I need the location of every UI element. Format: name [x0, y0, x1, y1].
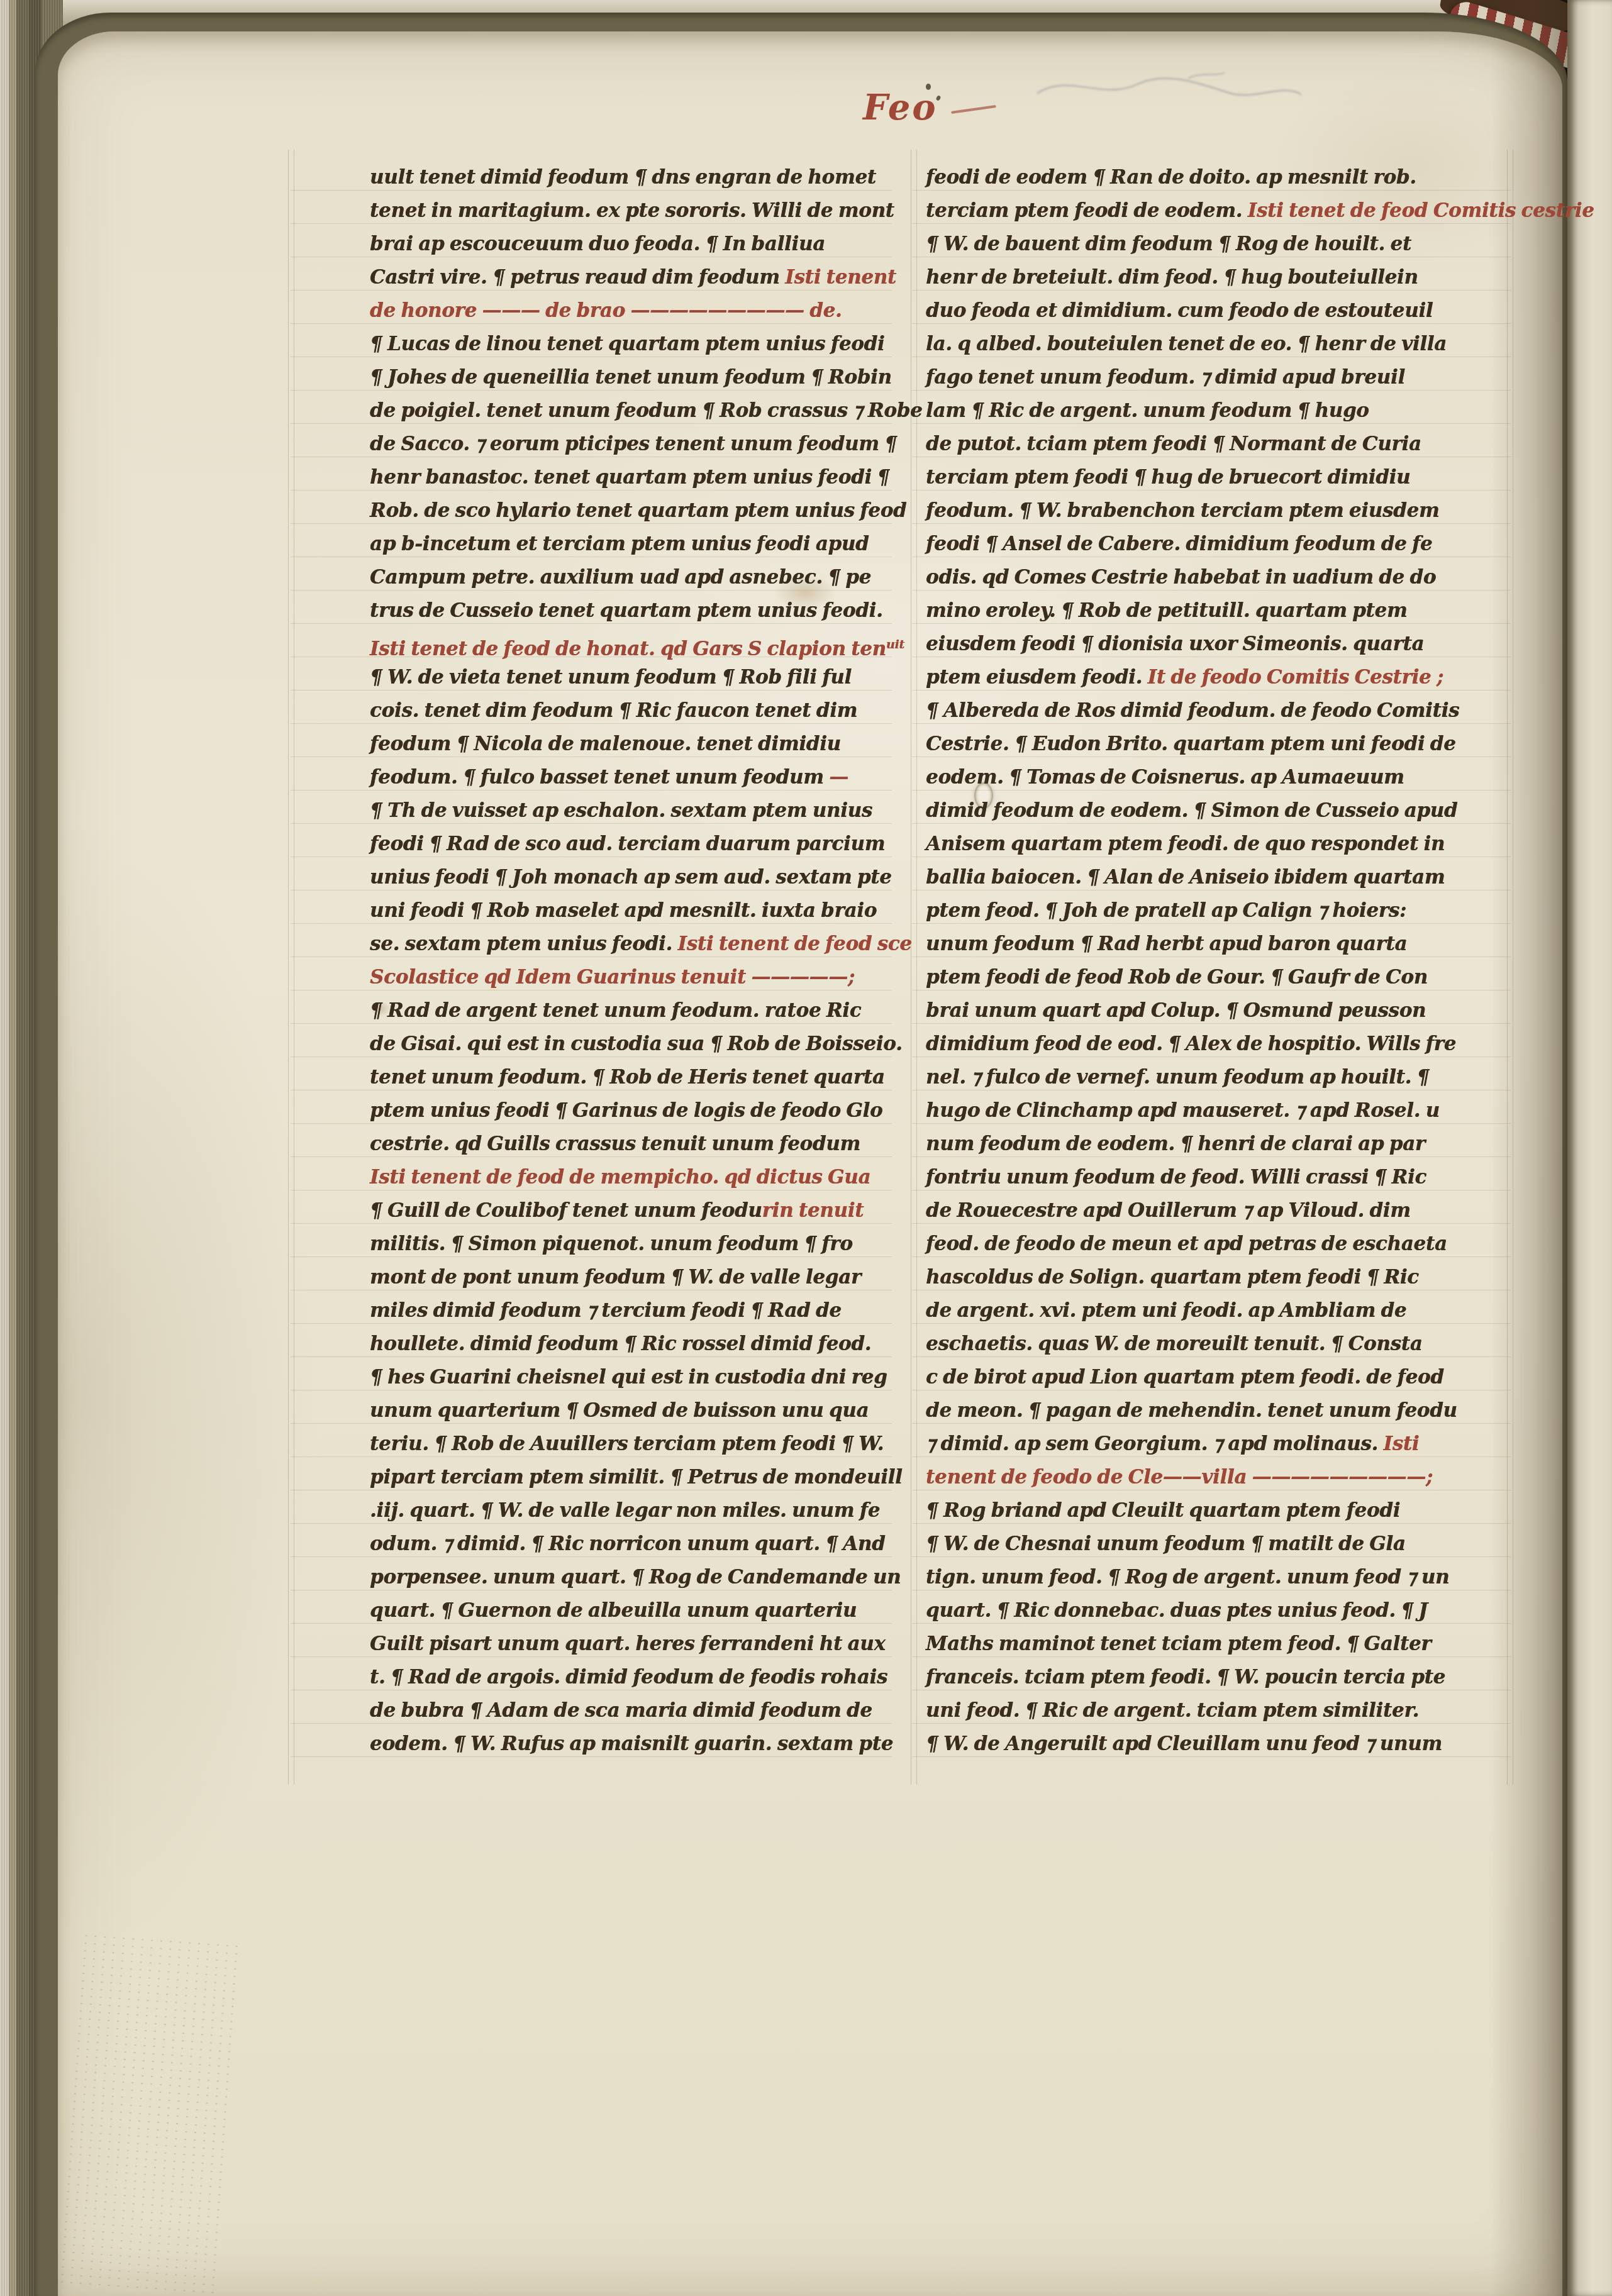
text-run: ptem feodi de feod Rob de Gour. ¶ Gaufr … [926, 966, 1428, 989]
parchment-speckles [57, 1932, 245, 2295]
text-line: fontriu unum feodum de feod. Willi crass… [926, 1161, 1511, 1194]
text-line: de Gisai. qui est in custodia sua ¶ Rob … [370, 1028, 891, 1061]
text-run: cois. tenet dim feodum ¶ Ric faucon tene… [370, 699, 857, 722]
text-line: duo feoda et dimidium. cum feodo de esto… [926, 294, 1511, 328]
text-line: hugo de Clinchamp apd mauseret. ⁊ apd Ro… [926, 1094, 1511, 1128]
text-line: t. ¶ Rad de argois. dimid feodum de feod… [370, 1661, 891, 1694]
text-line: num feodum de eodem. ¶ henri de clarai a… [926, 1128, 1511, 1161]
text-run: de putot. tciam ptem feodi ¶ Normant de … [926, 433, 1421, 455]
text-run: lam ¶ Ric de argent. unum feodum ¶ hugo [926, 399, 1369, 422]
text-run: brai ap escouceuum duo feoda. ¶ In balli… [370, 233, 825, 255]
text-run: ¶ Rog briand apd Cleuilt quartam ptem fe… [926, 1499, 1400, 1522]
text-run: ¶ W. de bauent dim feodum ¶ Rog de houil… [926, 233, 1411, 255]
text-line: cois. tenet dim feodum ¶ Ric faucon tene… [370, 694, 891, 728]
text-line: ⁊ dimid. ap sem Georgium. ⁊ apd molinaus… [926, 1428, 1511, 1461]
text-run: dimid feodum de eodem. ¶ Simon de Cussei… [926, 799, 1457, 822]
text-run: ¶ Rad de argent tenet unum feodum. ratoe… [370, 999, 861, 1022]
text-run: ¶ W. de vieta tenet unum feodum ¶ Rob fi… [370, 666, 852, 689]
text-run: ¶ W. de Angeruilt apd Cleuillam unu feod… [926, 1733, 1442, 1755]
text-line: brai ap escouceuum duo feoda. ¶ In balli… [370, 228, 891, 261]
text-line: ap b-incetum et terciam ptem unius feodi… [370, 528, 891, 561]
text-line: tenet unum feodum. ¶ Rob de Heris tenet … [370, 1061, 891, 1094]
text-run: uni feodi ¶ Rob maselet apd mesnilt. iux… [370, 899, 877, 922]
text-line: fago tenet unum feodum. ⁊ dimid apud bre… [926, 361, 1511, 394]
text-run: Campum petre. auxilium uad apd asnebec. … [370, 566, 871, 589]
text-line: ptem feod. ¶ Joh de pratell ap Calign ⁊ … [926, 894, 1511, 928]
text-run: ¶ Lucas de linou tenet quartam ptem uniu… [370, 333, 884, 355]
text-run: ¶ Th de vuisset ap eschalon. sextam ptem… [370, 799, 872, 822]
text-run: Rob. de sco hylario tenet quartam ptem u… [370, 499, 906, 522]
text-run: Maths maminot tenet tciam ptem feod. ¶ G… [926, 1633, 1431, 1655]
text-run: unius feodi ¶ Joh monach ap sem aud. sex… [370, 866, 892, 889]
text-run: Isti tenent [785, 266, 896, 289]
text-run: terciam ptem feodi de eodem. [926, 199, 1248, 222]
text-line: ¶ Albereda de Ros dimid feodum. de feodo… [926, 694, 1511, 728]
text-run: Isti tenet de feod Comitis cestrie [1248, 199, 1594, 222]
text-line: eiusdem feodi ¶ dionisia uxor Simeonis. … [926, 628, 1511, 661]
text-run: t. ¶ Rad de argois. dimid feodum de feod… [370, 1666, 887, 1689]
text-line: ¶ W. de vieta tenet unum feodum ¶ Rob fi… [370, 661, 891, 694]
text-line: ¶ Lucas de linou tenet quartam ptem uniu… [370, 328, 891, 361]
text-line: se. sextam ptem unius feodi. Isti tenent… [370, 928, 891, 961]
text-run: uit [886, 637, 904, 652]
text-line: feodum ¶ Nicola de malenoue. tenet dimid… [370, 728, 891, 761]
text-line: unum feodum ¶ Rad herbt apud baron quart… [926, 928, 1511, 961]
text-run: quart. ¶ Ric donnebac. duas ptes unius f… [926, 1599, 1428, 1622]
text-line: Anisem quartam ptem feodi. de quo respon… [926, 828, 1511, 861]
text-line: tenet in maritagium. ex pte sororis. Wil… [370, 194, 891, 228]
text-run: ap b-incetum et terciam ptem unius feodi… [370, 533, 869, 555]
text-run: Isti tenet de feod de honat. qd Gars S c… [370, 638, 886, 660]
text-line: eschaetis. quas W. de moreuilt tenuit. ¶… [926, 1328, 1511, 1361]
text-line: feod. de feodo de meun et apd petras de … [926, 1228, 1511, 1261]
text-line: quart. ¶ Guernon de albeuilla unum quart… [370, 1594, 891, 1628]
text-run: eodem. ¶ W. Rufus ap maisnilt guarin. se… [370, 1733, 893, 1755]
facing-page-edge [1567, 0, 1612, 2296]
text-line: de argent. xvi. ptem uni feodi. ap Ambli… [926, 1294, 1511, 1328]
text-run: la. q albed. bouteiulen tenet de eo. ¶ h… [926, 333, 1447, 355]
text-run: hascoldus de Solign. quartam ptem feodi … [926, 1266, 1419, 1289]
text-line: .iij. quart. ¶ W. de valle legar non mil… [370, 1494, 891, 1528]
text-line: ¶ hes Guarini cheisnel qui est in custod… [370, 1361, 891, 1394]
text-line: nel. ⁊ fulco de vernef. unum feodum ap h… [926, 1061, 1511, 1094]
text-run: ⁊ dimid. ap sem Georgium. ⁊ apd molinaus… [926, 1433, 1383, 1455]
text-line: feodum. ¶ W. brabenchon terciam ptem eiu… [926, 494, 1511, 528]
text-run: feodum. ¶ fulco basset tenet unum feodum [370, 766, 829, 789]
text-line: terciam ptem feodi ¶ hug de bruecort dim… [926, 461, 1511, 494]
text-line: lam ¶ Ric de argent. unum feodum ¶ hugo [926, 394, 1511, 428]
text-line: henr banastoc. tenet quartam ptem unius … [370, 461, 891, 494]
text-line: ptem eiusdem feodi. It de feodo Comitis … [926, 661, 1511, 694]
text-run: feodi ¶ Rad de sco aud. terciam duarum p… [370, 833, 885, 855]
text-run: de Sacco. ⁊ eorum pticipes tenent unum f… [370, 433, 897, 455]
text-run: fontriu unum feodum de feod. Willi crass… [926, 1166, 1426, 1189]
text-run: feod. de feodo de meun et apd petras de … [926, 1233, 1447, 1255]
folio-heading: Feo [863, 87, 938, 128]
text-line: odum. ⁊ dimid. ¶ Ric norricon unum quart… [370, 1528, 891, 1561]
text-line: de bubra ¶ Adam de sca maria dimid feodu… [370, 1694, 891, 1728]
text-line: uult tenet dimid feodum ¶ dns engran de … [370, 161, 891, 194]
text-run: c de birot apud Lion quartam ptem feodi.… [926, 1366, 1444, 1389]
text-line: Cestrie. ¶ Eudon Brito. quartam ptem uni… [926, 728, 1511, 761]
text-line: de poigiel. tenet unum feodum ¶ Rob cras… [370, 394, 891, 428]
text-run: Isti tenent de feod de mempicho. qd dict… [370, 1166, 870, 1189]
text-run: nel. ⁊ fulco de vernef. unum feodum ap h… [926, 1066, 1429, 1089]
text-run: ¶ W. de Chesnai unum feodum ¶ matilt de … [926, 1533, 1406, 1555]
text-line: Isti tenet de feod de honat. qd Gars S c… [370, 628, 891, 661]
text-run: unum quarterium ¶ Osmed de buisson unu q… [370, 1399, 869, 1422]
text-run: houllete. dimid feodum ¶ Ric rossel dimi… [370, 1333, 871, 1355]
text-line: feodi ¶ Rad de sco aud. terciam duarum p… [370, 828, 891, 861]
text-line: Campum petre. auxilium uad apd asnebec. … [370, 561, 891, 594]
manuscript-photo-scene: Feo uult tenet dimid feodum ¶ dns engran… [0, 0, 1612, 2296]
text-run: hugo de Clinchamp apd mauseret. ⁊ apd Ro… [926, 1099, 1440, 1122]
text-line: trus de Cusseio tenet quartam ptem unius… [370, 594, 891, 628]
text-run: trus de Cusseio tenet quartam ptem unius… [370, 599, 883, 622]
text-line: teriu. ¶ Rob de Auuillers terciam ptem f… [370, 1428, 891, 1461]
text-run: ¶ Johes de queneillia tenet unum feodum … [370, 366, 892, 389]
text-line: militis. ¶ Simon piquenot. unum feodum ¶… [370, 1228, 891, 1261]
text-line: de honore ——— de brao ————————— de. [370, 294, 891, 328]
text-line: Rob. de sco hylario tenet quartam ptem u… [370, 494, 891, 528]
text-run: de poigiel. tenet unum feodum ¶ Rob cras… [370, 399, 922, 422]
text-line: henr de breteiult. dim feod. ¶ hug boute… [926, 261, 1511, 294]
text-run: ptem feod. ¶ Joh de pratell ap Calign ⁊ … [926, 899, 1406, 922]
text-run: rin tenuit [762, 1199, 864, 1222]
text-run: ¶ Guill de Coulibof tenet unum feodu [370, 1199, 762, 1222]
text-run: Cestrie. ¶ Eudon Brito. quartam ptem uni… [926, 733, 1456, 755]
text-run: Isti tenent de feod sce [677, 933, 911, 955]
text-line: houllete. dimid feodum ¶ Ric rossel dimi… [370, 1328, 891, 1361]
text-run: de Rouecestre apd Ouillerum ⁊ ap Viloud.… [926, 1199, 1411, 1222]
text-run: fago tenet unum feodum. ⁊ dimid apud bre… [926, 366, 1405, 389]
text-run: Castri vire. ¶ petrus reaud dim feodum [370, 266, 785, 289]
text-run: se. sextam ptem unius feodi. [370, 933, 677, 955]
text-run: cestrie. qd Guills crassus tenuit unum f… [370, 1133, 860, 1155]
text-line: de putot. tciam ptem feodi ¶ Normant de … [926, 428, 1511, 461]
text-run: mont de pont unum feodum ¶ W. de valle l… [370, 1266, 861, 1289]
text-run: henr banastoc. tenet quartam ptem unius … [370, 466, 889, 489]
text-run: ptem eiusdem feodi. [926, 666, 1148, 689]
text-run: It de feodo Comitis Cestrie ; [1148, 666, 1444, 689]
text-run: de Gisai. qui est in custodia sua ¶ Rob … [370, 1033, 903, 1055]
text-run: terciam ptem feodi ¶ hug de bruecort dim… [926, 466, 1410, 489]
text-run: quart. ¶ Guernon de albeuilla unum quart… [370, 1599, 857, 1622]
text-run: de honore ——— de brao ————————— de. [370, 299, 842, 322]
text-line: franceis. tciam ptem feodi. ¶ W. poucin … [926, 1661, 1511, 1694]
text-line: quart. ¶ Ric donnebac. duas ptes unius f… [926, 1594, 1511, 1628]
text-run: porpensee. unum quart. ¶ Rog de Candeman… [370, 1566, 901, 1589]
text-line: ¶ W. de Chesnai unum feodum ¶ matilt de … [926, 1528, 1511, 1561]
text-run: feodum. ¶ W. brabenchon terciam ptem eiu… [926, 499, 1439, 522]
text-line: feodi ¶ Ansel de Cabere. dimidium feodum… [926, 528, 1511, 561]
text-run: henr de breteiult. dim feod. ¶ hug boute… [926, 266, 1418, 289]
text-line: ¶ Th de vuisset ap eschalon. sextam ptem… [370, 794, 891, 828]
text-line: unius feodi ¶ Joh monach ap sem aud. sex… [370, 861, 891, 894]
text-run: uni feod. ¶ Ric de argent. tciam ptem si… [926, 1699, 1419, 1722]
text-run: uult tenet dimid feodum ¶ dns engran de … [370, 166, 876, 189]
text-run: odis. qd Comes Cestrie habebat in uadium… [926, 566, 1436, 589]
text-line: hascoldus de Solign. quartam ptem feodi … [926, 1261, 1511, 1294]
text-line: tenent de feodo de Cle——villa —————————; [926, 1461, 1511, 1494]
text-line: ¶ W. de Angeruilt apd Cleuillam unu feod… [926, 1728, 1511, 1761]
text-line: ¶ Rog briand apd Cleuilt quartam ptem fe… [926, 1494, 1511, 1528]
text-run: ptem unius feodi ¶ Garinus de logis de f… [370, 1099, 882, 1122]
text-run: ¶ Albereda de Ros dimid feodum. de feodo… [926, 699, 1459, 722]
text-line: eodem. ¶ Tomas de Coisnerus. ap Aumaeuum [926, 761, 1511, 794]
text-line: pipart terciam ptem similit. ¶ Petrus de… [370, 1461, 891, 1494]
text-line: de Sacco. ⁊ eorum pticipes tenent unum f… [370, 428, 891, 461]
text-run: feodum ¶ Nicola de malenoue. tenet dimid… [370, 733, 841, 755]
text-run: dimidium feod de eod. ¶ Alex de hospitio… [926, 1033, 1456, 1055]
text-run: unum feodum ¶ Rad herbt apud baron quart… [926, 933, 1407, 955]
text-line: Isti tenent de feod de mempicho. qd dict… [370, 1161, 891, 1194]
text-run: tenet in maritagium. ex pte sororis. Wil… [370, 199, 894, 222]
text-line: feodi de eodem ¶ Ran de doito. ap mesnil… [926, 161, 1511, 194]
text-line: ¶ Guill de Coulibof tenet unum feodurin … [370, 1194, 891, 1228]
text-line: porpensee. unum quart. ¶ Rog de Candeman… [370, 1561, 891, 1594]
text-run: ¶ hes Guarini cheisnel qui est in custod… [370, 1366, 887, 1389]
text-run: eiusdem feodi ¶ dionisia uxor Simeonis. … [926, 633, 1424, 655]
text-line: de meon. ¶ pagan de mehendin. tenet unum… [926, 1394, 1511, 1428]
text-run: militis. ¶ Simon piquenot. unum feodum ¶… [370, 1233, 853, 1255]
text-run: tenent de feodo de Cle——villa —————————; [926, 1466, 1433, 1489]
text-line: uni feodi ¶ Rob maselet apd mesnilt. iux… [370, 894, 891, 928]
text-run: Anisem quartam ptem feodi. de quo respon… [926, 833, 1445, 855]
text-line: ¶ Johes de queneillia tenet unum feodum … [370, 361, 891, 394]
text-column-right: feodi de eodem ¶ Ran de doito. ap mesnil… [926, 161, 1511, 1761]
text-line: mino eroley. ¶ Rob de petituill. quartam… [926, 594, 1511, 628]
text-line: dimid feodum de eodem. ¶ Simon de Cussei… [926, 794, 1511, 828]
text-column-left: uult tenet dimid feodum ¶ dns engran de … [370, 161, 891, 1761]
text-run: franceis. tciam ptem feodi. ¶ W. poucin … [926, 1666, 1445, 1689]
text-run: Guilt pisart unum quart. heres ferranden… [370, 1633, 886, 1655]
text-line: de Rouecestre apd Ouillerum ⁊ ap Viloud.… [926, 1194, 1511, 1228]
text-run: brai unum quart apd Colup. ¶ Osmund peus… [926, 999, 1426, 1022]
text-line: ptem unius feodi ¶ Garinus de logis de f… [370, 1094, 891, 1128]
text-run: tenet unum feodum. ¶ Rob de Heris tenet … [370, 1066, 885, 1089]
text-run: ballia baiocen. ¶ Alan de Aniseio ibidem… [926, 866, 1445, 889]
text-line: brai unum quart apd Colup. ¶ Osmund peus… [926, 994, 1511, 1028]
text-line: Maths maminot tenet tciam ptem feod. ¶ G… [926, 1628, 1511, 1661]
text-line: eodem. ¶ W. Rufus ap maisnilt guarin. se… [370, 1728, 891, 1761]
text-run: de argent. xvi. ptem uni feodi. ap Ambli… [926, 1299, 1406, 1322]
text-line: ¶ Rad de argent tenet unum feodum. ratoe… [370, 994, 891, 1028]
text-line: Scolastice qd Idem Guarinus tenuit —————… [370, 961, 891, 994]
text-line: la. q albed. bouteiulen tenet de eo. ¶ h… [926, 328, 1511, 361]
text-run: miles dimid feodum ⁊ tercium feodi ¶ Rad… [370, 1299, 842, 1322]
text-line: miles dimid feodum ⁊ tercium feodi ¶ Rad… [370, 1294, 891, 1328]
text-line: cestrie. qd Guills crassus tenuit unum f… [370, 1128, 891, 1161]
text-run: — [829, 766, 848, 789]
text-run: mino eroley. ¶ Rob de petituill. quartam… [926, 599, 1407, 622]
text-line: feodum. ¶ fulco basset tenet unum feodum… [370, 761, 891, 794]
text-run: pipart terciam ptem similit. ¶ Petrus de… [370, 1466, 903, 1489]
text-run: de bubra ¶ Adam de sca maria dimid feodu… [370, 1699, 872, 1722]
text-line: uni feod. ¶ Ric de argent. tciam ptem si… [926, 1694, 1511, 1728]
faint-marginal-inscription [1031, 65, 1308, 112]
text-run: eodem. ¶ Tomas de Coisnerus. ap Aumaeuum [926, 766, 1404, 789]
text-line: Castri vire. ¶ petrus reaud dim feodum I… [370, 261, 891, 294]
text-line: ballia baiocen. ¶ Alan de Aniseio ibidem… [926, 861, 1511, 894]
text-run: duo feoda et dimidium. cum feodo de esto… [926, 299, 1433, 322]
text-line: odis. qd Comes Cestrie habebat in uadium… [926, 561, 1511, 594]
text-line: c de birot apud Lion quartam ptem feodi.… [926, 1361, 1511, 1394]
text-line: ptem feodi de feod Rob de Gour. ¶ Gaufr … [926, 961, 1511, 994]
text-run: feodi de eodem ¶ Ran de doito. ap mesnil… [926, 166, 1416, 189]
text-run: de meon. ¶ pagan de mehendin. tenet unum… [926, 1399, 1457, 1422]
text-run: .iij. quart. ¶ W. de valle legar non mil… [370, 1499, 880, 1522]
text-run: tign. unum feod. ¶ Rog de argent. unum f… [926, 1566, 1449, 1589]
text-line: tign. unum feod. ¶ Rog de argent. unum f… [926, 1561, 1511, 1594]
text-run: Isti [1383, 1433, 1419, 1455]
text-line: unum quarterium ¶ Osmed de buisson unu q… [370, 1394, 891, 1428]
text-line: terciam ptem feodi de eodem. Isti tenet … [926, 194, 1511, 228]
text-run: Scolastice qd Idem Guarinus tenuit —————… [370, 966, 855, 989]
text-run: feodi ¶ Ansel de Cabere. dimidium feodum… [926, 533, 1432, 555]
text-run: odum. ⁊ dimid. ¶ Ric norricon unum quart… [370, 1533, 885, 1555]
text-run: eschaetis. quas W. de moreuilt tenuit. ¶… [926, 1333, 1423, 1355]
text-line: Guilt pisart unum quart. heres ferranden… [370, 1628, 891, 1661]
text-line: dimidium feod de eod. ¶ Alex de hospitio… [926, 1028, 1511, 1061]
text-line: mont de pont unum feodum ¶ W. de valle l… [370, 1261, 891, 1294]
text-run: teriu. ¶ Rob de Auuillers terciam ptem f… [370, 1433, 884, 1455]
text-run: num feodum de eodem. ¶ henri de clarai a… [926, 1133, 1425, 1155]
text-line: ¶ W. de bauent dim feodum ¶ Rog de houil… [926, 228, 1511, 261]
